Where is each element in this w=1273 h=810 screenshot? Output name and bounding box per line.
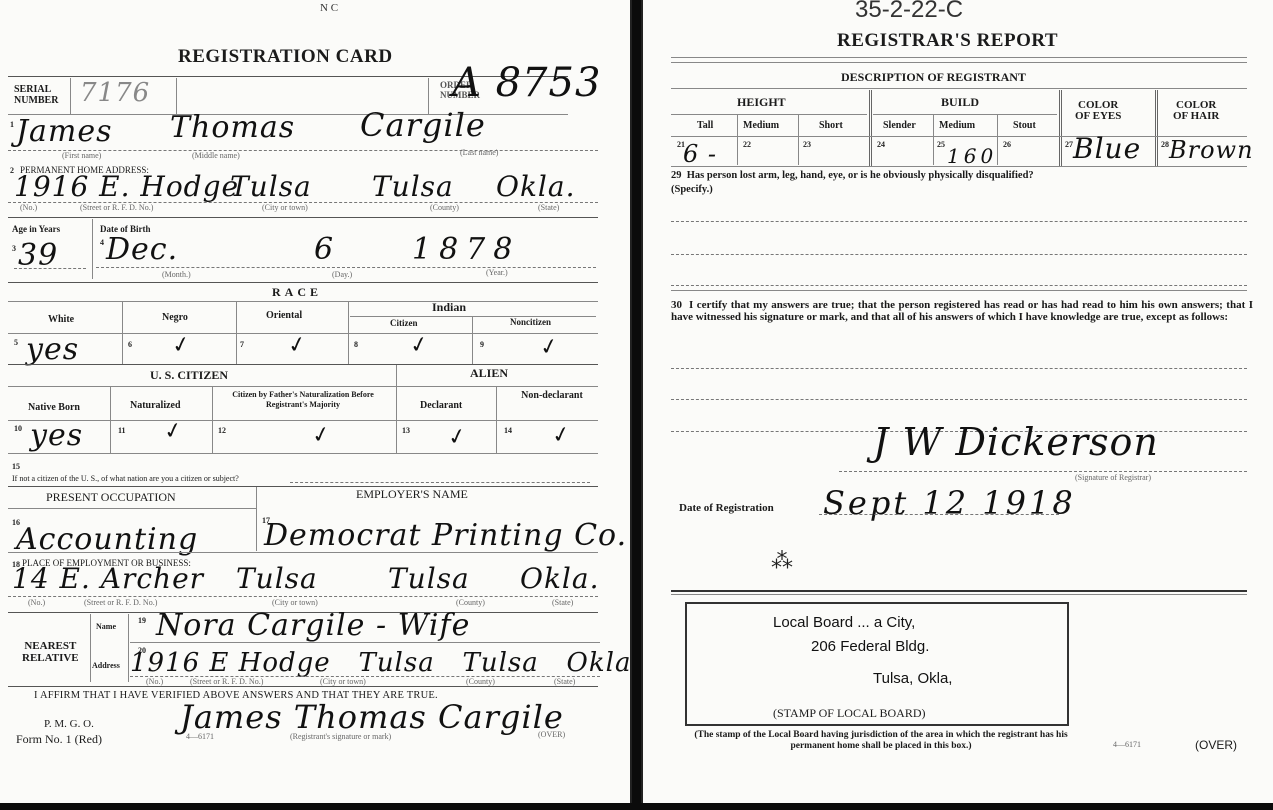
date-of-registration-value: Sept 12 1918	[823, 484, 1076, 522]
relative-name: Nora Cargile - Wife	[156, 608, 470, 643]
serial-number-value: 7176	[80, 78, 150, 108]
stamp-line-2: 206 Federal Bldg.	[811, 638, 929, 655]
check-mark-icon: ✓	[309, 420, 332, 449]
build-medium-value: 160	[947, 144, 997, 168]
dob-day: 6	[314, 232, 334, 267]
us-citizen-title: U. S. CITIZEN	[150, 368, 228, 383]
q29-physical-question: 29 Has person lost arm, leg, hand, eye, …	[671, 170, 1251, 181]
home-state: Okla.	[496, 170, 575, 203]
first-name: James	[16, 114, 113, 149]
nation-question: If not a citizen of the U. S., of what n…	[12, 474, 239, 483]
employment-county: Tulsa	[388, 562, 470, 595]
last-name: Cargile	[360, 106, 486, 144]
nearest-relative-label: NEARESTRELATIVE	[22, 640, 79, 664]
hair-color-label: COLOROF HAIR	[1173, 100, 1219, 122]
form-number: Form No. 1 (Red)	[16, 732, 102, 747]
stamp-note: (The stamp of the Local Board having jur…	[681, 730, 1081, 752]
eye-color-label: COLOROF EYES	[1075, 100, 1121, 122]
check-mark-icon: ✓	[169, 330, 192, 359]
employer-title: EMPLOYER'S NAME	[356, 487, 468, 502]
registrant-signature: James Thomas Cargile	[180, 698, 564, 736]
description-title: DESCRIPTION OF REGISTRANT	[841, 70, 1026, 85]
race-title: RACE	[272, 285, 322, 300]
report-title: REGISTRAR'S REPORT	[837, 30, 1058, 52]
stamp-line-3: Tulsa, Okla,	[873, 670, 952, 687]
check-mark-icon: ✓	[549, 420, 572, 449]
native-born-value: yes	[30, 418, 83, 453]
stamp-caption: (STAMP OF LOCAL BOARD)	[773, 706, 926, 721]
ink-mark: ⁂	[771, 548, 793, 574]
dob-month: Dec.	[106, 232, 178, 267]
registration-card: N C REGISTRATION CARD SERIALNUMBER 7176 …	[0, 0, 632, 803]
file-number: 35-2-22-C	[855, 0, 963, 24]
card-title: REGISTRATION CARD	[178, 46, 393, 68]
home-city: Tulsa	[230, 170, 312, 203]
serial-number-label: SERIALNUMBER	[14, 84, 58, 106]
employment-state: Okla.	[520, 562, 599, 595]
check-mark-icon: ✓	[445, 422, 468, 451]
stamp-line-1: Local Board ... a City,	[773, 614, 915, 631]
height-tall-value: 6 -	[683, 140, 717, 168]
dob-year: 1878	[412, 232, 520, 267]
alien-title: ALIEN	[470, 366, 508, 381]
hair-color-value: Brown	[1169, 136, 1254, 164]
relative-address: 1916 E Hodge Tulsa Tulsa Okla	[130, 648, 631, 678]
middle-name: Thomas	[170, 110, 295, 145]
occupation-title: PRESENT OCCUPATION	[46, 490, 176, 505]
home-street: 1916 E. Hodge	[14, 170, 239, 203]
registrar-signature: J W Dickerson	[873, 420, 1159, 464]
check-mark-icon: ✓	[285, 330, 308, 359]
employment-city: Tulsa	[236, 562, 318, 595]
employment-street: 14 E. Archer	[12, 562, 204, 595]
registrars-report-card: 35-2-22-C REGISTRAR'S REPORT DESCRIPTION…	[641, 0, 1273, 803]
home-county: Tulsa	[372, 170, 454, 203]
check-mark-icon: ✓	[537, 332, 560, 361]
race-white-value: yes	[26, 332, 79, 367]
date-of-registration-label: Date of Registration	[679, 502, 774, 514]
q30-certification: 30 I certify that my answers are true; t…	[671, 299, 1253, 323]
eye-color-value: Blue	[1073, 132, 1141, 165]
employer-value: Democrat Printing Co.	[264, 518, 627, 553]
top-mark: N C	[320, 2, 338, 14]
order-number-value: A 8753	[452, 60, 601, 106]
check-mark-icon: ✓	[407, 330, 430, 359]
